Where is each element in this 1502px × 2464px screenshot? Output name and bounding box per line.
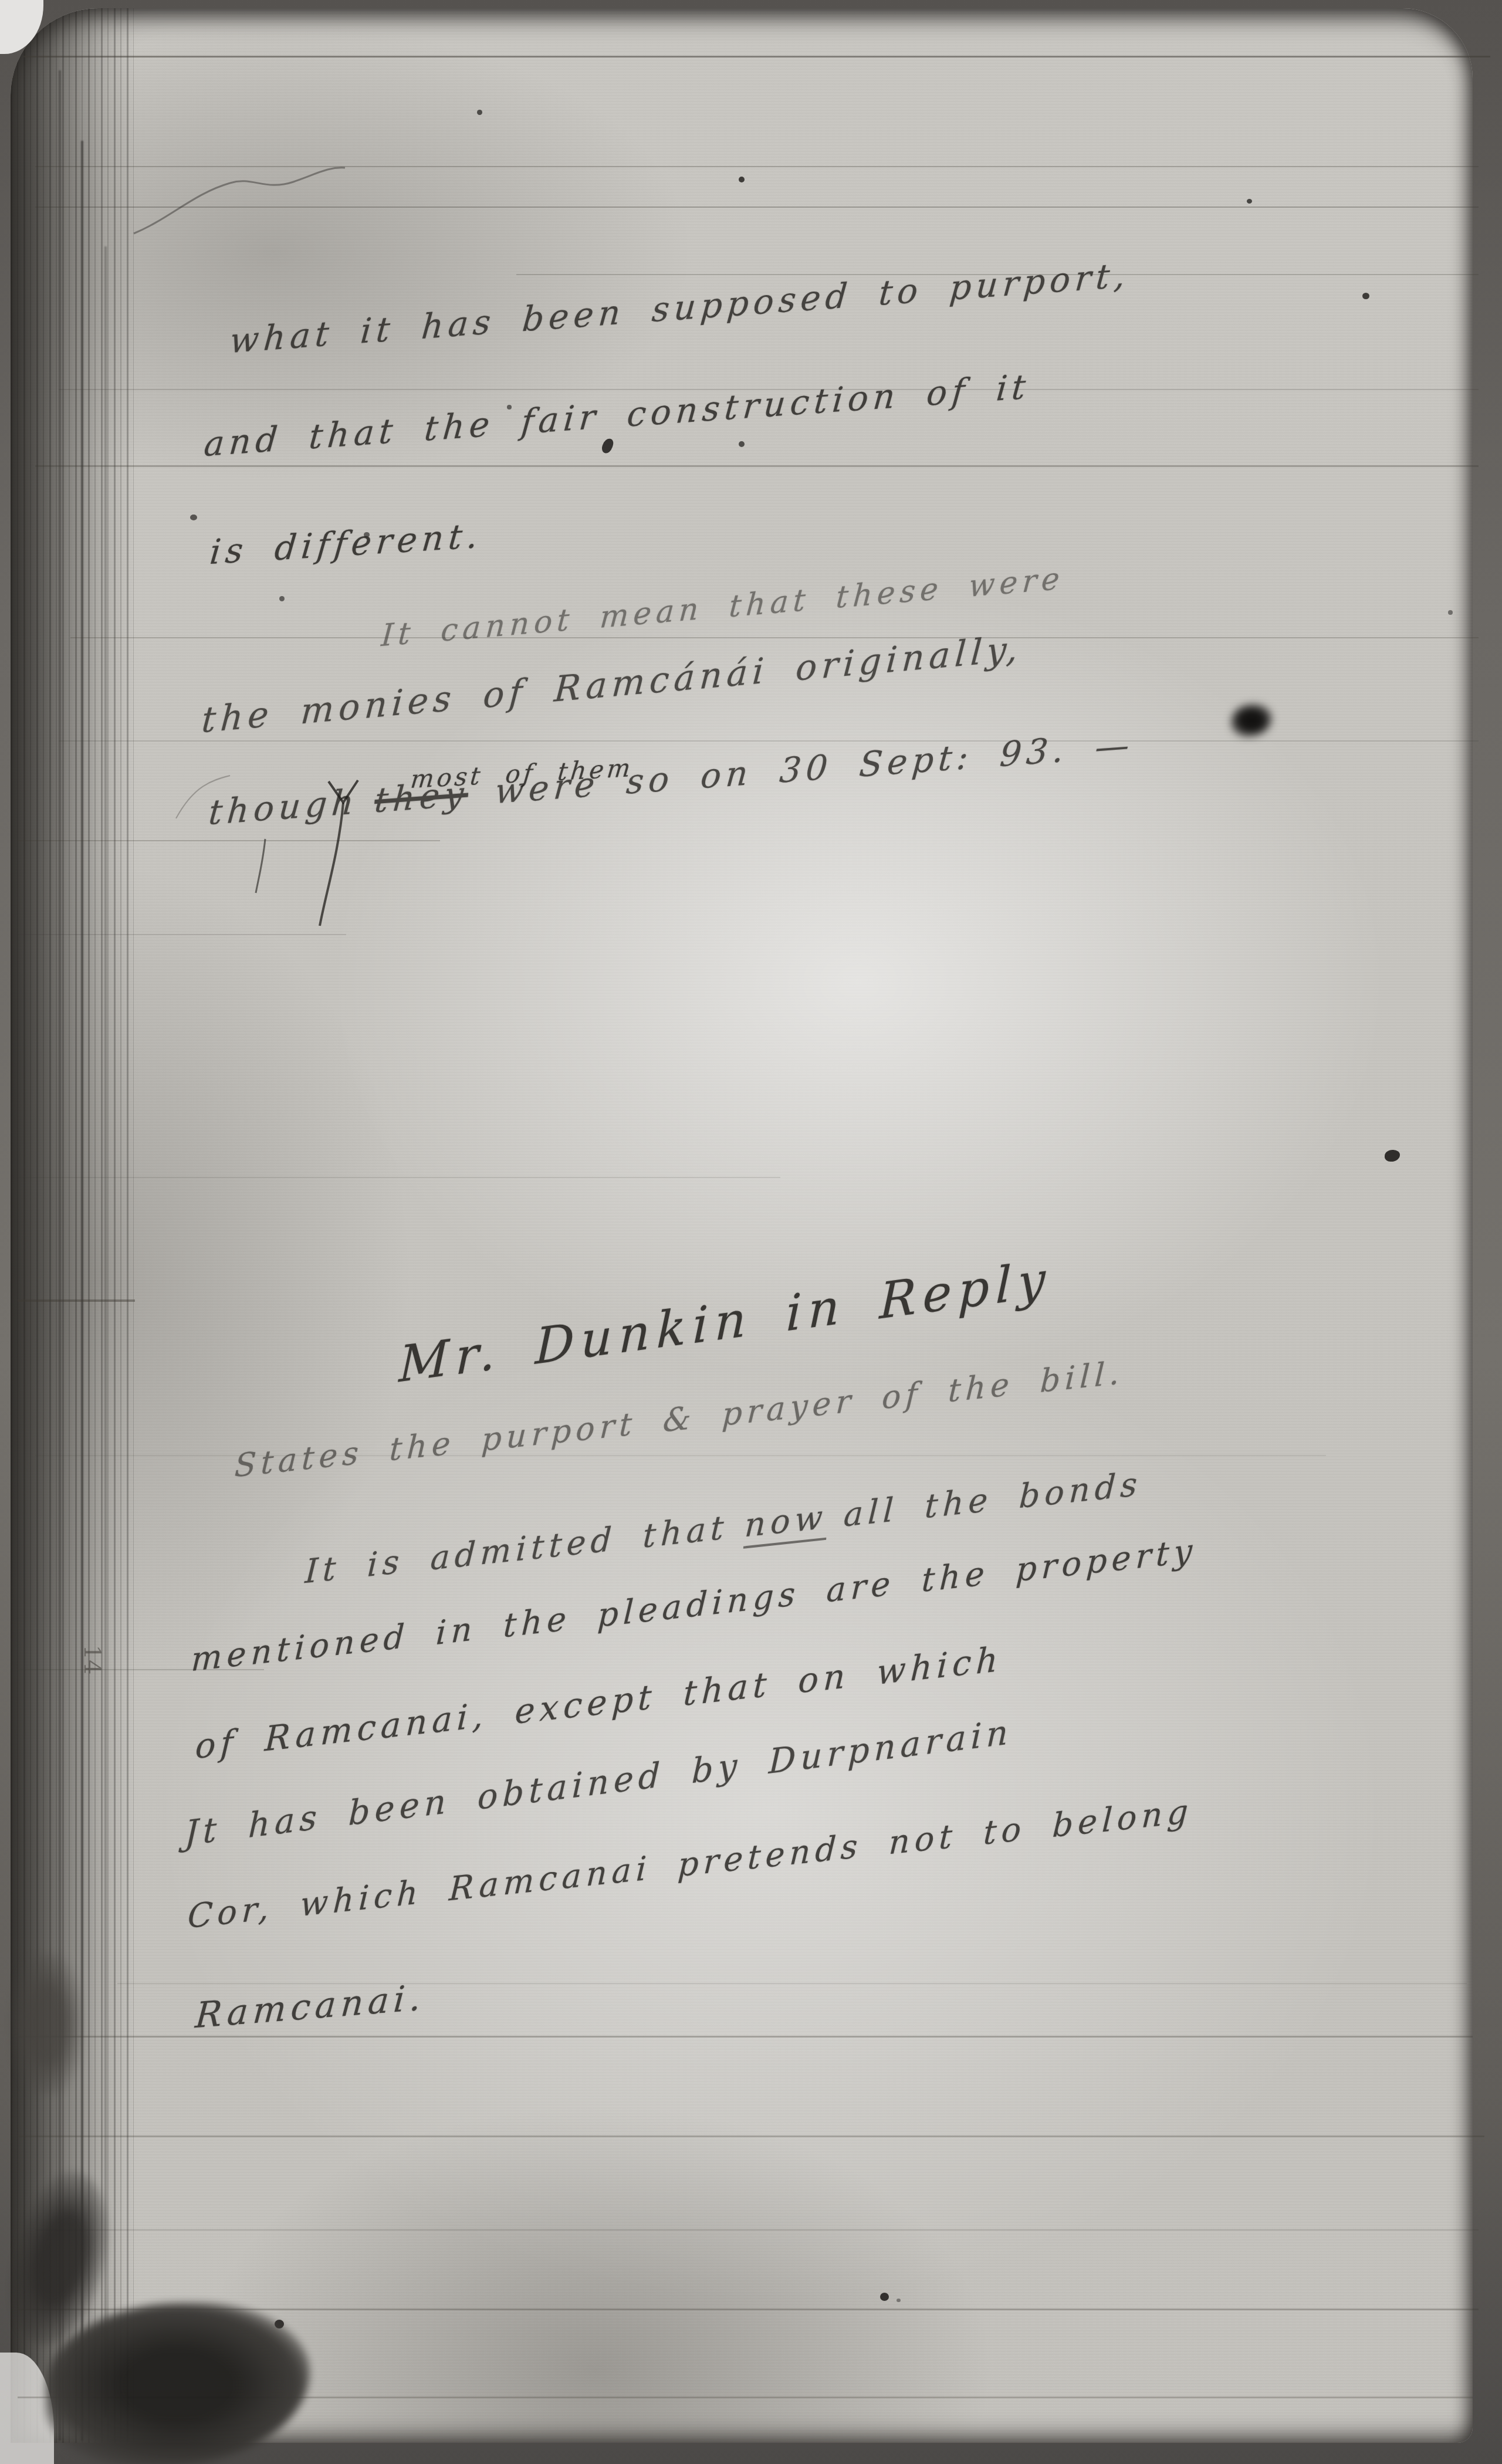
pencil-squiggle-svg [0,0,1502,2464]
struck-word: they [373,773,470,820]
marginal-number: 14 [79,1645,106,1675]
word-gap [357,812,374,813]
word-gap [728,1536,744,1538]
manuscript-scan: 14 what it has been supposed to purport,… [0,0,1502,2464]
word-gap [827,1527,843,1528]
underlined-word: now [743,1498,828,1549]
word-gap [467,803,494,805]
